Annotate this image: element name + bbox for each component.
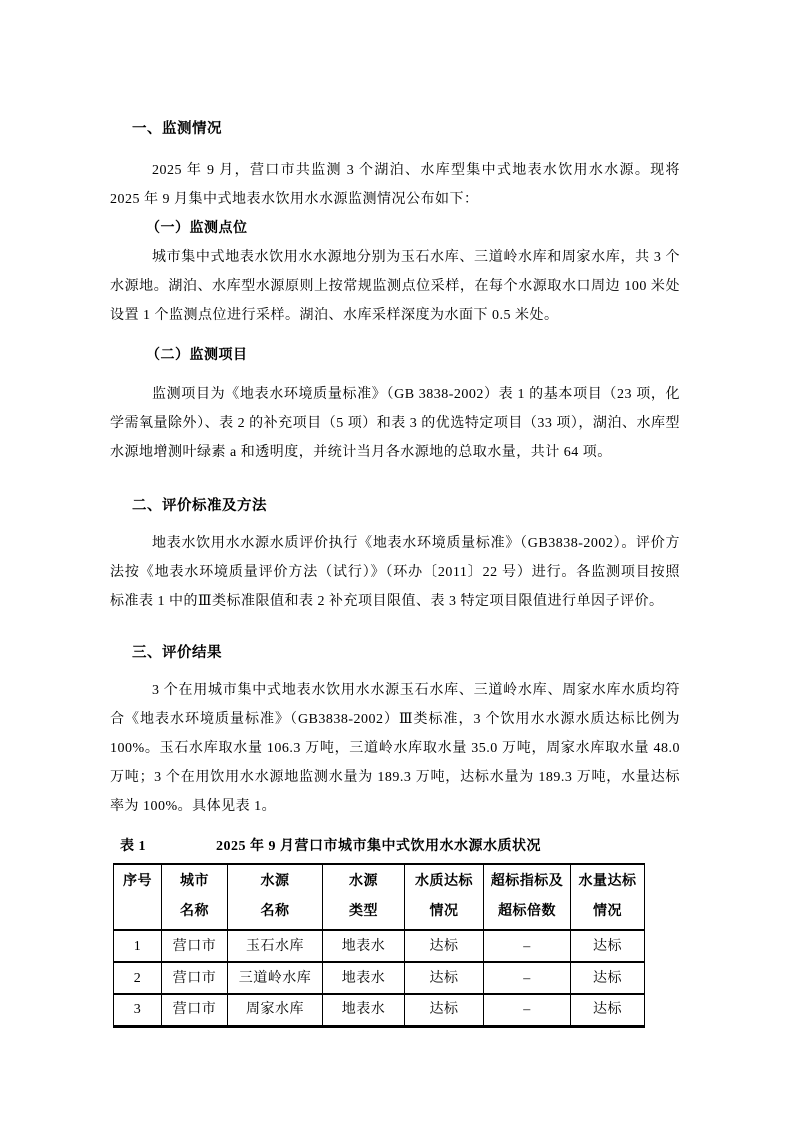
- document-content: 一、监测情况 2025 年 9 月，营口市共监测 3 个湖泊、水库型集中式地表水…: [0, 115, 683, 1028]
- table-cell: 周家水库: [228, 994, 323, 1026]
- table-row: 1营口市玉石水库地表水达标–达标: [114, 930, 645, 962]
- table-cell: 3: [114, 994, 162, 1026]
- table-cell: 达标: [405, 994, 484, 1026]
- table-cell: 营口市: [162, 930, 228, 962]
- column-header: 城市名称: [162, 864, 228, 930]
- section-heading-evaluation-standard: 二、评价标准及方法: [110, 492, 683, 521]
- table-label: 表 1: [120, 832, 146, 861]
- column-header: 水源类型: [323, 864, 405, 930]
- column-header-line: 水源: [323, 867, 404, 897]
- water-quality-table: 序号城市名称水源名称水源类型水质达标情况超标指标及超标倍数水量达标情况 1营口市…: [113, 863, 645, 1028]
- table-cell: 营口市: [162, 994, 228, 1026]
- table-cell: 达标: [571, 930, 645, 962]
- paragraph-monitoring-points: 城市集中式地表水饮用水水源地分别为玉石水库、三道岭水库和周家水库，共 3 个水源…: [110, 243, 680, 330]
- column-header: 水质达标情况: [405, 864, 484, 930]
- table-cell: –: [484, 930, 571, 962]
- table-cell: 三道岭水库: [228, 962, 323, 994]
- subsection-heading-monitoring-items: （二）监测项目: [110, 341, 683, 370]
- column-header-line: 水质达标: [405, 867, 483, 897]
- table-cell: 达标: [571, 962, 645, 994]
- table-row: 3营口市周家水库地表水达标–达标: [114, 994, 645, 1026]
- column-header-line: 水源: [228, 867, 322, 897]
- table-cell: –: [484, 962, 571, 994]
- column-header-line: 类型: [323, 897, 404, 927]
- table-cell: 2: [114, 962, 162, 994]
- table-title: 2025 年 9 月营口市城市集中式饮用水水源水质状况: [113, 832, 644, 861]
- table-cell: –: [484, 994, 571, 1026]
- column-header-line: 情况: [405, 897, 483, 927]
- paragraph-evaluation-results: 3 个在用城市集中式地表水饮用水水源玉石水库、三道岭水库、周家水库水质均符合《地…: [110, 676, 680, 821]
- column-header-line: 城市: [162, 867, 227, 897]
- column-header: 水源名称: [228, 864, 323, 930]
- column-header: 水量达标情况: [571, 864, 645, 930]
- column-header-line: 名称: [228, 897, 322, 927]
- paragraph-monitoring-items: 监测项目为《地表水环境质量标准》（GB 3838-2002）表 1 的基本项目（…: [110, 380, 680, 467]
- subsection-heading-monitoring-points: （一）监测点位: [110, 214, 683, 243]
- column-header-line: 情况: [571, 897, 644, 927]
- table-cell: 达标: [405, 962, 484, 994]
- column-header-line: [114, 897, 161, 927]
- table-cell: 地表水: [323, 930, 405, 962]
- table-cell: 玉石水库: [228, 930, 323, 962]
- table-cell: 达标: [405, 930, 484, 962]
- paragraph-monitoring-overview: 2025 年 9 月，营口市共监测 3 个湖泊、水库型集中式地表水饮用水水源。现…: [110, 156, 680, 214]
- column-header-line: 名称: [162, 897, 227, 927]
- table-cell: 地表水: [323, 962, 405, 994]
- paragraph-evaluation-standard: 地表水饮用水水源水质评价执行《地表水环境质量标准》（GB3838-2002）。评…: [110, 529, 680, 616]
- column-header-line: 水量达标: [571, 867, 644, 897]
- table-cell: 达标: [571, 994, 645, 1026]
- table-cell: 地表水: [323, 994, 405, 1026]
- column-header-line: 序号: [114, 867, 161, 897]
- section-heading-evaluation-results: 三、评价结果: [110, 639, 683, 668]
- column-header-line: 超标指标及: [484, 867, 570, 897]
- column-header-line: 超标倍数: [484, 897, 570, 927]
- document-page: 一、监测情况 2025 年 9 月，营口市共监测 3 个湖泊、水库型集中式地表水…: [0, 0, 793, 1122]
- table-header-row: 序号城市名称水源名称水源类型水质达标情况超标指标及超标倍数水量达标情况: [114, 864, 645, 930]
- table-row: 2营口市三道岭水库地表水达标–达标: [114, 962, 645, 994]
- table-cell: 1: [114, 930, 162, 962]
- table-cell: 营口市: [162, 962, 228, 994]
- section-heading-monitoring-situation: 一、监测情况: [110, 115, 683, 144]
- column-header: 序号: [114, 864, 162, 930]
- column-header: 超标指标及超标倍数: [484, 864, 571, 930]
- table-body: 1营口市玉石水库地表水达标–达标2营口市三道岭水库地表水达标–达标3营口市周家水…: [114, 930, 645, 1026]
- table-caption: 表 1 2025 年 9 月营口市城市集中式饮用水水源水质状况: [113, 832, 644, 861]
